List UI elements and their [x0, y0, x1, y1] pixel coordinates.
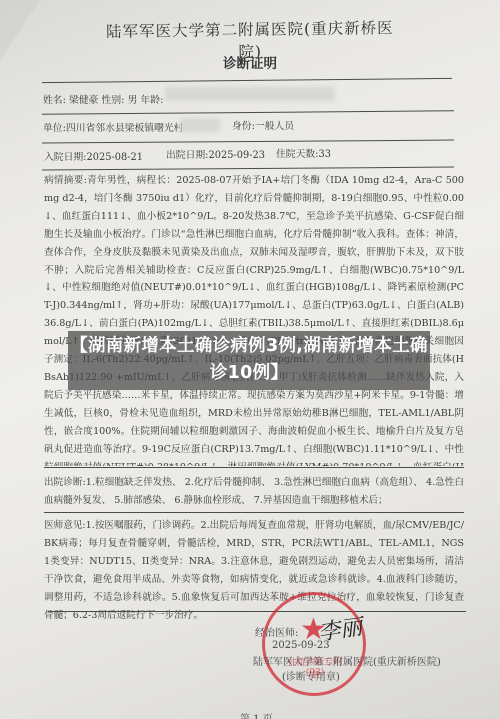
- gender-label: 性别:: [102, 95, 125, 106]
- admit-label: 入院日期:: [44, 152, 87, 163]
- physician-advice: 医师意见:1.按医嘱服药，门诊调药。2.出院后每周复查血常规，肝肾功电解质，血/…: [44, 517, 464, 624]
- unit-row: 单位:四川省邻水县梁板镇曙光村: [43, 122, 183, 135]
- divider: [44, 467, 464, 468]
- divider: [48, 611, 466, 612]
- summary-text: 青年男性，病程长：2025-08-07开始予IA+培门冬酶（IDA 10mg d…: [44, 175, 464, 466]
- patient-gender: 男: [128, 95, 138, 106]
- paper-corner-shadow: [0, 0, 40, 60]
- diagnosis-text: 1.粒细胞缺乏伴发热、 2.化疗后骨髓抑制、 3.急性淋巴细胞白血病（高危组）、…: [44, 477, 464, 506]
- age-label: 年龄:: [141, 95, 164, 106]
- discharge-diagnosis: 出院诊断:1.粒细胞缺乏伴发热、 2.化疗后骨髓抑制、 3.急性淋巴细胞白血病（…: [44, 474, 464, 510]
- diagnosis-certificate: 陆军军医大学第二附属医院(重庆新桥医院) 诊断证明 姓名: 梁健豪 性别: 男 …: [0, 0, 500, 719]
- divider: [44, 512, 464, 513]
- patient-unit: 四川省邻水县梁板镇曙光村: [66, 123, 184, 134]
- discharge-label: 出院日期:: [166, 150, 209, 161]
- discharge-date-field: 出院日期:2025-09-23: [166, 149, 265, 162]
- divider: [42, 78, 452, 83]
- sign-date: 2025-09-23: [272, 640, 330, 651]
- redacted-region: [180, 118, 220, 132]
- divider: [42, 110, 454, 115]
- admit-date: 2025-08-21: [87, 152, 144, 163]
- name-label: 姓名:: [43, 95, 66, 106]
- identity-row: 身份:一般人员: [232, 120, 294, 133]
- stay-days: 33: [319, 149, 331, 160]
- headline-text: 【湖南新增本土确诊病例3例,湖南新增本土确诊10例】: [68, 333, 430, 387]
- patient-row: 姓名: 梁健豪 性别: 男 年龄:: [43, 94, 163, 107]
- advice-label: 医师意见:: [44, 520, 86, 531]
- patient-identity: 一般人员: [255, 121, 294, 132]
- seal-note: (诊断专用章): [282, 668, 340, 683]
- divider: [42, 167, 454, 171]
- patient-name: 梁健豪: [69, 95, 98, 106]
- case-summary: 病情摘要:青年男性，病程长：2025-08-07开始予IA+培门冬酶（IDA 1…: [44, 172, 464, 466]
- document-title: 诊断证明: [200, 52, 300, 72]
- doctor-label: 经治医师:: [255, 624, 298, 639]
- signoff-hospital: 陆军军医大学第二附属医院(重庆新桥医院): [253, 653, 441, 668]
- identity-label: 身份:: [232, 121, 255, 132]
- discharge-date: 2025-09-23: [209, 150, 266, 161]
- advice-text: 1.按医嘱服药，门诊调药。2.出院后每周复查血常规，肝肾功电解质，血/尿CMV/…: [44, 520, 464, 621]
- redacted-region: [165, 87, 335, 101]
- admit-date-field: 入院日期:2025-08-21: [44, 151, 143, 164]
- stay-days-field: 住院天数:33: [276, 148, 331, 161]
- days-label: 住院天数:: [276, 149, 319, 160]
- unit-label: 单位:: [43, 123, 66, 134]
- page-number: 第 1 页: [240, 710, 273, 719]
- summary-label: 病情摘要:: [44, 175, 87, 186]
- divider: [42, 140, 454, 144]
- diagnosis-label: 出院诊断:: [44, 477, 86, 488]
